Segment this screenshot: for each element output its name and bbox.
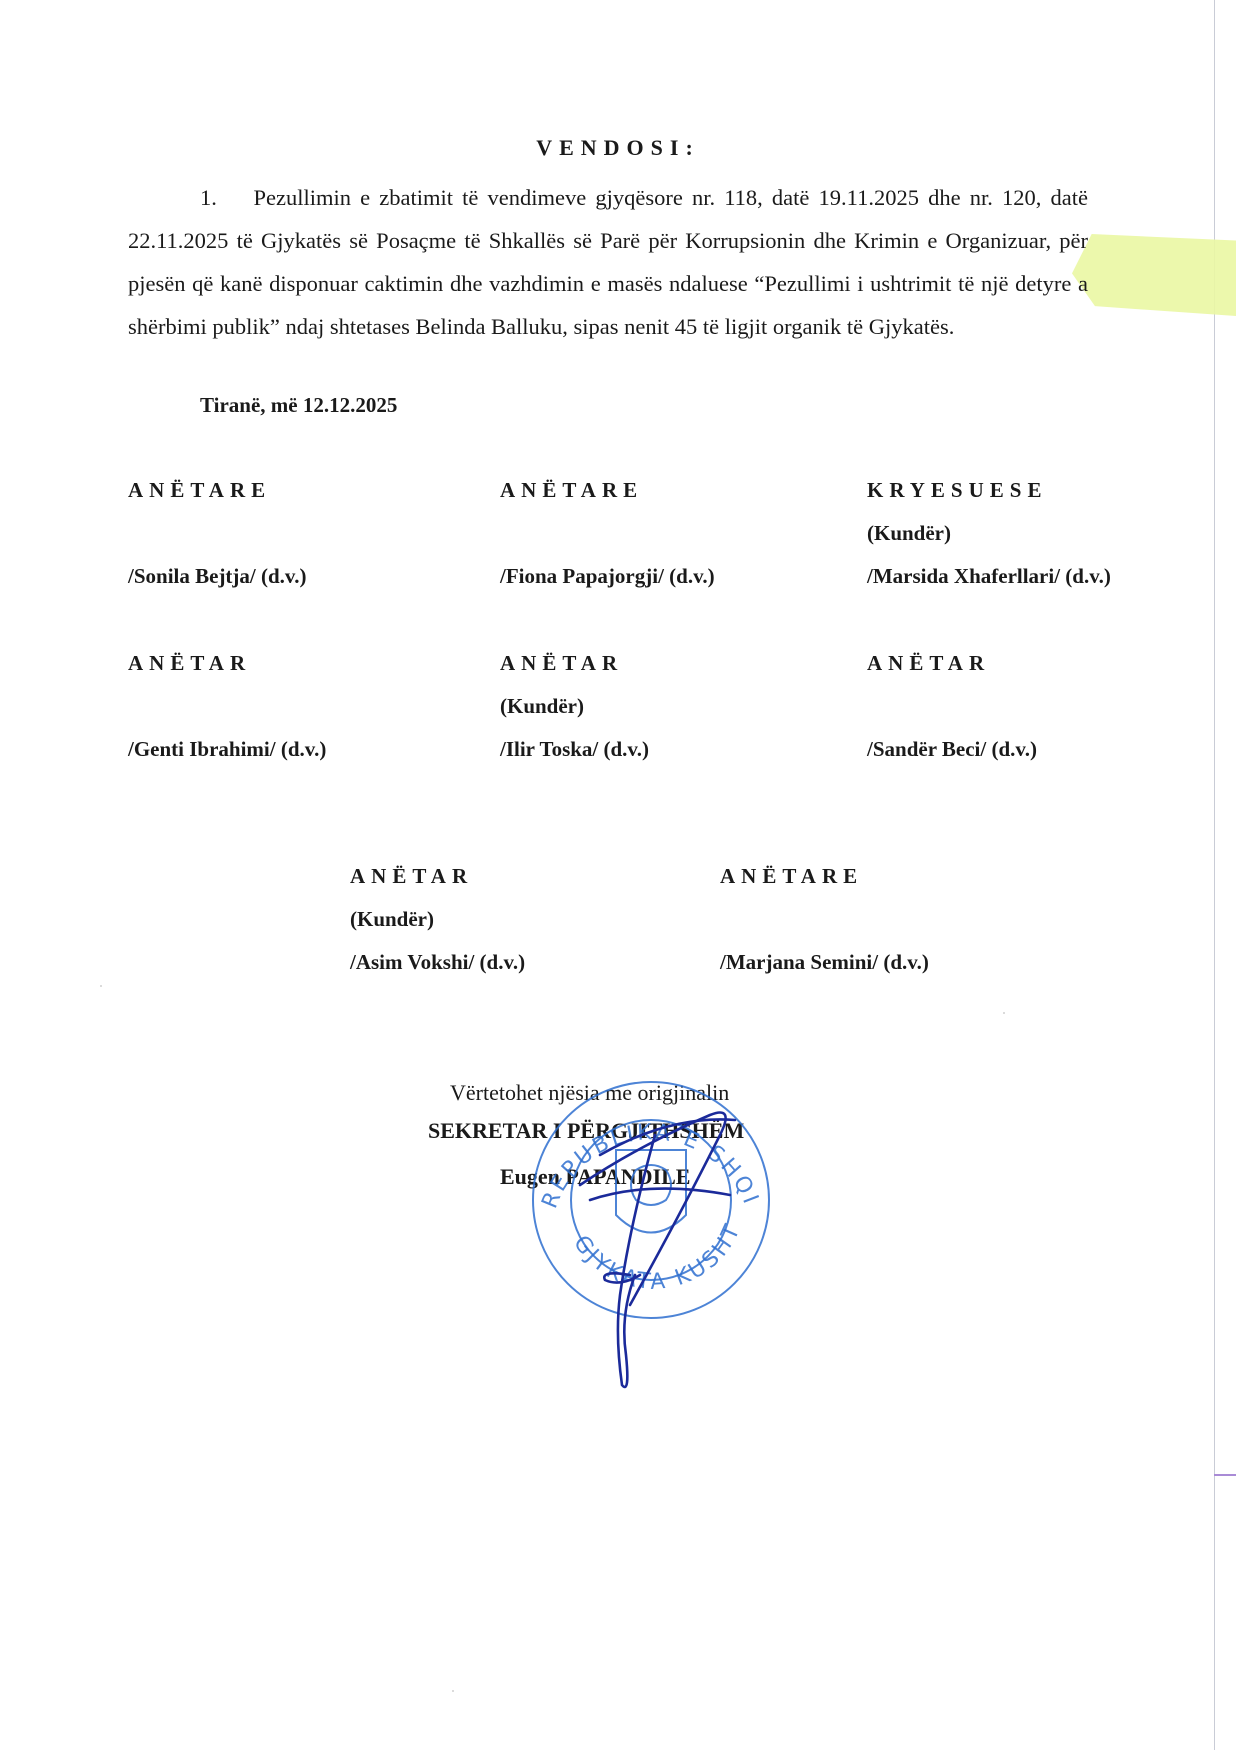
signatory-role: ANËTARE xyxy=(720,864,929,907)
signatory-2: ANËTARE . /Fiona Papajorgji/ (d.v.) xyxy=(500,478,715,589)
signatory-name: /Marsida Xhaferllari/ (d.v.) xyxy=(867,564,1111,589)
scan-speck xyxy=(100,985,102,987)
signatory-role: ANËTAR xyxy=(350,864,525,907)
item-text: Pezullimin e zbatimit të vendimeve gjyqë… xyxy=(128,185,1088,339)
signature-icon xyxy=(560,1075,760,1395)
item-number: 1. xyxy=(128,185,217,210)
signatory-8: ANËTARE . /Marjana Semini/ (d.v.) xyxy=(720,864,929,975)
signatory-name: /Fiona Papajorgji/ (d.v.) xyxy=(500,564,715,589)
signatory-vote: (Kundër) xyxy=(350,907,525,950)
signatory-7: ANËTAR (Kundër) /Asim Vokshi/ (d.v.) xyxy=(350,864,525,975)
signatory-vote: (Kundër) xyxy=(867,521,1111,564)
signatory-role: KRYESUESE xyxy=(867,478,1111,521)
scan-speck xyxy=(1003,1012,1005,1014)
decision-item-1: 1. Pezullimin e zbatimit të vendimeve gj… xyxy=(128,176,1088,348)
signatory-vote: (Kundër) xyxy=(500,694,649,737)
signatory-name: /Marjana Semini/ (d.v.) xyxy=(720,950,929,975)
sticky-note-tab xyxy=(1072,234,1236,316)
place-date: Tiranë, më 12.12.2025 xyxy=(200,393,397,418)
signatory-6: ANËTAR . /Sandër Beci/ (d.v.) xyxy=(867,651,1037,762)
signatory-3: KRYESUESE (Kundër) /Marsida Xhaferllari/… xyxy=(867,478,1111,589)
document-page: VENDOSI: 1. Pezullimin e zbatimit të ven… xyxy=(0,0,1236,1750)
signatory-role: ANËTAR xyxy=(128,651,326,694)
signatory-role: ANËTARE xyxy=(500,478,715,521)
signatory-5: ANËTAR (Kundër) /Ilir Toska/ (d.v.) xyxy=(500,651,649,762)
signatory-1: ANËTARE . /Sonila Bejtja/ (d.v.) xyxy=(128,478,307,589)
signatory-name: /Ilir Toska/ (d.v.) xyxy=(500,737,649,762)
signatory-role: ANËTAR xyxy=(500,651,649,694)
page-edge-marker xyxy=(1214,1474,1236,1476)
decision-heading: VENDOSI: xyxy=(0,135,1236,161)
signatory-name: /Sonila Bejtja/ (d.v.) xyxy=(128,564,307,589)
signatory-role: ANËTARE xyxy=(128,478,307,521)
scan-speck xyxy=(452,1690,454,1692)
signatory-name: /Sandër Beci/ (d.v.) xyxy=(867,737,1037,762)
signatory-name: /Asim Vokshi/ (d.v.) xyxy=(350,950,525,975)
signatory-role: ANËTAR xyxy=(867,651,1037,694)
signatory-4: ANËTAR . /Genti Ibrahimi/ (d.v.) xyxy=(128,651,326,762)
signatory-name: /Genti Ibrahimi/ (d.v.) xyxy=(128,737,326,762)
